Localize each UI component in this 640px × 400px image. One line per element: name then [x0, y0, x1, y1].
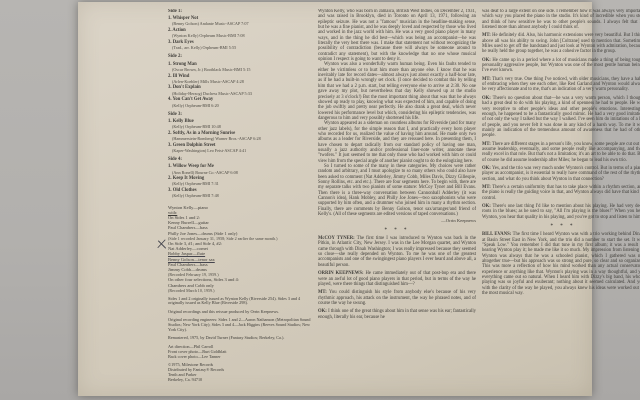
liner-notes-paper: Side 1: 1. Whisper Not (Benny Golson) An… — [78, 2, 592, 396]
interview-text: The first time I heard Wynton was with a… — [482, 232, 640, 296]
side-heading: Side 2: — [168, 54, 311, 59]
side-heading: Side 4: — [168, 157, 311, 162]
section-separator: * * * — [482, 224, 640, 229]
interview-text: He came up in a period where a lot of mu… — [482, 58, 640, 74]
interview-text: You could distinguish his style from any… — [318, 290, 476, 306]
producer-credit: Original recordings and this reissue pro… — [168, 310, 311, 315]
speaker-label: OK: — [482, 204, 491, 209]
liner-notes-column-1: Wynton Kelly, who was born in Jamaica, B… — [318, 9, 476, 397]
track-listing-column: Side 1: 1. Whisper Not (Benny Golson) An… — [168, 9, 311, 397]
interview-paragraph: ORRIN KEEPNEWS: He came immediately out … — [318, 271, 476, 287]
track-credit: (Kelly) Orpheum-BMI 6:20 — [172, 103, 311, 108]
track-credit: (Trad., arr. Kelly) Orpheum-BMI 5:55 — [172, 45, 311, 50]
photo-credit: Back cover photo—Lee Tanner — [168, 355, 311, 360]
track-credit: (Kaper-Washington) Leo Feist-ASCAP 4:41 — [172, 148, 311, 153]
interview-paragraph: MT: You could distinguish his style from… — [318, 290, 476, 306]
track-credit: (Benny Golson) Andante Music-ASCAP 7:07 — [172, 21, 311, 26]
interview-text: He definitely did. Also, his harmonic ex… — [482, 33, 640, 54]
interview-text: I think one of the great things about hi… — [318, 309, 476, 319]
personnel-block: Wynton Kelly—piano with: On Sides 1 and … — [168, 205, 311, 293]
essay-paragraph: So I turned to some of the many in these… — [318, 164, 476, 217]
essay-paragraph: Wynton appeared as a sideman on countles… — [318, 121, 476, 164]
interview-text: There's a certain uniformity that has to… — [482, 185, 640, 201]
interview-paragraph: OK: He came up in a period where a lot o… — [482, 58, 640, 74]
speaker-label: ORRIN KEEPNEWS: — [318, 271, 364, 276]
interview-paragraph: OK: There's one last thing I'd like to m… — [482, 204, 640, 220]
side-2-block: Side 2: 1. Strong Man (Oscar Brown, Jr.)… — [168, 54, 311, 107]
interview-paragraph: OK: I think one of the great things abou… — [318, 309, 476, 320]
speaker-label: MT: — [482, 33, 491, 38]
interview-paragraph: MT: There's a certain uniformity that ha… — [482, 185, 640, 201]
interview-text: The first time I was introduced to Wynto… — [318, 236, 476, 268]
track-credit: (Ann Ronell) Bourne Co.-ASCAP 6:08 — [172, 170, 311, 175]
essay-paragraph: Wynton Kelly, who was born in Jamaica, B… — [318, 9, 476, 62]
interview-text: There's no question about that—he was a … — [482, 96, 640, 138]
speaker-label: OK: — [482, 58, 491, 63]
side-heading: Side 1: — [168, 9, 311, 14]
interview-paragraph: MT: He definitely did. Also, his harmoni… — [482, 33, 640, 54]
speaker-label: OK: — [318, 309, 327, 314]
interview-text: There's one last thing I'd like to menti… — [482, 204, 640, 220]
track-credit: (Kelly) Orpheum-BMI 10:48 — [172, 124, 311, 129]
track-credit: (Wynton Kelly) Orpheum Music-BMI 7:08 — [172, 33, 311, 38]
speaker-label: BILL EVANS: — [482, 232, 511, 237]
speaker-label: McCOY TYNER: — [318, 236, 355, 241]
author-signature: —Orrin Keepnews — [318, 218, 476, 223]
track-credit: (Holiday-Herzog) Duchess Music-ASCAP 5:3… — [172, 91, 311, 96]
side-4-block: Side 4: 1. Willow Weep for Me (Ann Ronel… — [168, 157, 311, 198]
track-credit: (Hammerstein-Romberg) Warner Bros.-ASCAP… — [172, 136, 311, 141]
liner-notes-column-2: was deaf to a large extent on one side. … — [482, 9, 640, 397]
continuation-paragraph: was deaf to a large extent on one side. … — [482, 9, 640, 30]
side-1-block: Side 1: 1. Whisper Not (Benny Golson) An… — [168, 9, 311, 50]
recording-note: (Recorded March 10, 1959.) — [168, 288, 311, 293]
interview-paragraph: BILL EVANS: The first time I heard Wynto… — [482, 232, 640, 296]
interview-text: Yes, and the trio was very much under Wy… — [482, 166, 640, 182]
track-credit: (Oscar Brown, Jr.) Bootblack Music-BMI 5… — [172, 67, 311, 72]
section-separator: * * * — [318, 228, 476, 233]
side-3-block: Side 3: 1. Kelly Blue (Kelly) Orpheum-BM… — [168, 112, 311, 153]
side-heading: Side 3: — [168, 112, 311, 117]
interview-paragraph: MT: That's very true. One thing I've not… — [482, 77, 640, 93]
speaker-label: OK: — [482, 166, 491, 171]
interview-paragraph: MT: There are different stages in a pers… — [482, 142, 640, 163]
essay-paragraph: Wynton was also a wonderfully warm human… — [318, 62, 476, 121]
track-credit: (Kelly) Orpheum-BMI 7:48 — [172, 193, 311, 198]
speaker-label: MT: — [482, 77, 491, 82]
interview-text: There are different stages in a person's… — [482, 142, 640, 163]
interview-text: That's very true. One thing I've noticed… — [482, 77, 640, 93]
speaker-label: MT: — [318, 290, 327, 295]
label-address: Berkeley, Ca. 94710 — [168, 378, 311, 383]
track-credit: (Kelly) Orpheum-BMI 7:31 — [172, 181, 311, 186]
pen-x-mark-icon — [157, 239, 167, 249]
reissue-note: Sides 1 and 2 originally issued as Wynto… — [168, 297, 311, 307]
speaker-label: MT: — [482, 185, 491, 190]
interview-paragraph: McCOY TYNER: The first time I was introd… — [318, 236, 476, 268]
interview-paragraph: OK: Yes, and the trio was very much unde… — [482, 166, 640, 182]
remaster-credit: Remastered, 1975, by David Turner (Fanta… — [168, 336, 311, 341]
track-credit: (Arlen-Koehler) Mills Music-ASCAP 4:28 — [172, 79, 311, 84]
speaker-label: MT: — [482, 142, 491, 147]
speaker-label: OK: — [482, 96, 491, 101]
interview-paragraph: OK: There's no question about that—he wa… — [482, 96, 640, 139]
engineer-credit: Original recording engineers: Sides 1 an… — [168, 318, 311, 333]
